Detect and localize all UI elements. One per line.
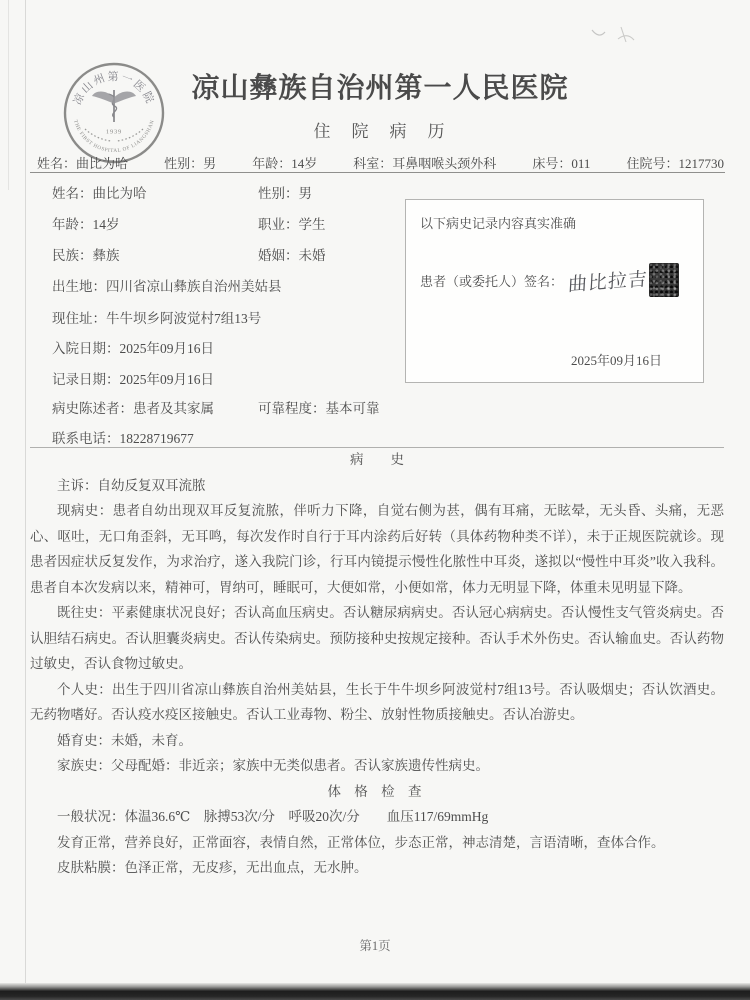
personal-history: 个人史：出生于四川省凉山彝族自治州美姑县，生长于牛牛坝乡阿波觉村7组13号。否认… [30, 677, 724, 728]
skin-mucosa: 皮肤粘膜：色泽正常，无皮疹，无出血点，无水肿。 [30, 855, 724, 881]
info-row-historian-reliability: 病史陈述者：患者及其家属 可靠程度：基本可靠 [52, 397, 702, 417]
scan-artifact-mark [588, 22, 648, 54]
summary-gender: 性别：男 [164, 153, 216, 172]
scan-page-edge-outer [8, 0, 9, 190]
scan-bottom-shadow [0, 983, 750, 1000]
development-status: 发育正常，营养良好，正常面容，表情自然，正常体位，步态正常，神志清楚，言语清晰，… [30, 830, 724, 856]
summary-name: 姓名：曲比为哈 [37, 153, 128, 172]
section-divider [30, 447, 724, 448]
page-number: 第1页 [0, 936, 750, 954]
hospital-name: 凉山彝族自治州第一人民医院 [176, 66, 584, 106]
marital-history: 婚育史：未婚，未育。 [30, 728, 724, 754]
summary-age: 年龄：14岁 [252, 153, 317, 172]
info-row-phone: 联系电话：18228719677 [52, 427, 702, 447]
physical-exam-title: 体 格 检 查 [30, 779, 724, 805]
patient-summary-strip: 姓名：曲比为哈 性别：男 年龄：14岁 科室：耳鼻咽喉头颈外科 床号：011 住… [37, 153, 724, 172]
fingerprint-stamp [649, 263, 679, 297]
family-history: 家族史：父母配婚：非近亲；家族中无类似患者。否认家族遗传性病史。 [30, 753, 724, 779]
medical-history-section: 病 史 主诉：自幼反复双耳流脓 现病史：患者自幼出现双耳反复流脓，伴听力下降，自… [30, 447, 724, 881]
consent-statement: 以下病史记录内容真实准确 [420, 213, 689, 232]
signature-label: 患者（或委托人）签名： [420, 271, 563, 290]
hospital-seal-logo: 凉山州第一医院 THE FIRST HOSPITAL OF LIANGSHAN … [62, 61, 166, 165]
scan-page-edge [25, 0, 26, 984]
seal-year: 1939 [106, 129, 122, 136]
summary-underline [30, 172, 725, 173]
chief-complaint: 主诉：自幼反复双耳流脓 [30, 473, 724, 499]
summary-bed-number: 床号：011 [532, 153, 590, 172]
document-title: 住 院 病 历 [176, 117, 584, 142]
present-illness-history: 现病史：患者自幼出现双耳反复流脓，伴听力下降，自觉右侧为甚，偶有耳痛，无眩晕，无… [30, 498, 724, 600]
seal-en-arc-text: THE FIRST HOSPITAL OF LIANGSHAN [72, 119, 156, 154]
summary-admission-number: 住院号：1217730 [626, 153, 724, 172]
patient-signature: 曲比拉吉 [567, 264, 648, 297]
summary-department: 科室：耳鼻咽喉头颈外科 [353, 153, 496, 172]
signature-row: 患者（或委托人）签名： 曲比拉吉 [420, 263, 689, 297]
consent-signature-box: 以下病史记录内容真实准确 患者（或委托人）签名： 曲比拉吉 2025年09月16… [405, 199, 704, 383]
history-section-title: 病 史 [30, 447, 724, 473]
consent-date: 2025年09月16日 [571, 350, 662, 369]
past-medical-history: 既往史：平素健康状况良好；否认高血压病史。否认糖尿病病史。否认冠心病病史。否认慢… [30, 600, 724, 677]
general-condition: 一般状况：体温36.6℃ 脉搏53次/分 呼吸20次/分 血压117/69mmH… [30, 804, 724, 830]
